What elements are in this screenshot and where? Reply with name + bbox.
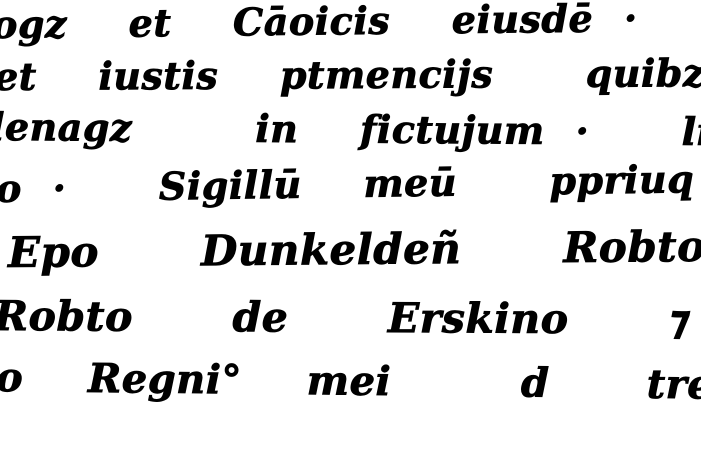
manuscript-line-2: et iustis ptmencijs quibzcugz ad [0, 53, 701, 96]
manuscript-line-4: o · Sigillū meū ppriuq appon’ [0, 157, 701, 208]
manuscript-page: ogz et Cāoicis eiusdē · in ppecuū et ius… [0, 0, 701, 459]
manuscript-line-6: Robto de Erskino ⁊ Johñe de [0, 296, 701, 342]
manuscript-line-7: o Regni° mei d treſimo primo.. [0, 358, 701, 409]
manuscript-line-1: ogz et Cāoicis eiusdē · in ppecuū [0, 0, 701, 44]
manuscript-line-3: lenagz in fictujum · libeyo plenarj [0, 108, 701, 153]
manuscript-line-5: Epo Dunkeldeñ Robto Senese’ [8, 223, 701, 274]
